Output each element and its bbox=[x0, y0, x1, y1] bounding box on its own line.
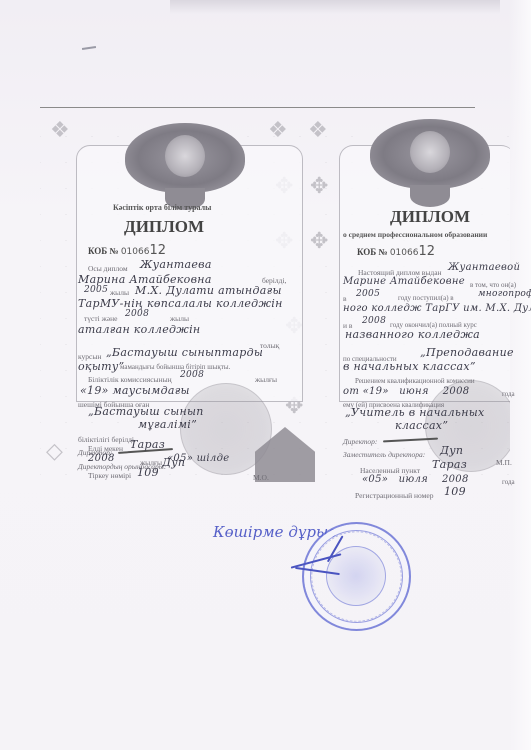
specialty-line1-ru: „Преподавание bbox=[420, 346, 514, 359]
issue-year-left: 2008 bbox=[88, 453, 115, 464]
page-edge bbox=[509, 0, 531, 750]
scan-speck bbox=[82, 46, 96, 50]
specialty-line2-ru: в начальных классах” bbox=[343, 360, 476, 373]
finish-year-ru: 2008 bbox=[362, 316, 386, 326]
label-deputy-ru: Заместитель директора: bbox=[343, 450, 425, 459]
specialty-line1: „Бастауыш сыныптарды bbox=[106, 346, 263, 359]
label-year-suffix: года bbox=[502, 390, 515, 398]
reg-number-left: 109 bbox=[137, 466, 159, 479]
label-entry: году поступил(а) в bbox=[398, 294, 454, 302]
label-seal: М.О. bbox=[253, 473, 269, 482]
right-number: КОБ № 0106612 bbox=[357, 244, 435, 259]
finish-year: 2008 bbox=[125, 309, 149, 319]
label-finish-year: жылы bbox=[170, 314, 189, 323]
entry-year: 2005 bbox=[84, 285, 108, 295]
top-rule bbox=[40, 107, 475, 108]
state-emblem-right bbox=[370, 119, 490, 189]
cross-ornament-icon: ✥ bbox=[310, 230, 328, 252]
state-emblem-left bbox=[125, 123, 245, 193]
left-subtitle: Кәсіптік орта білім туралы bbox=[113, 203, 211, 212]
qualification-line2-ru: классах” bbox=[395, 419, 448, 432]
label-in: в bbox=[343, 294, 347, 303]
label-city: Елді мекен bbox=[88, 444, 123, 453]
right-title: ДИПЛОМ bbox=[390, 207, 470, 227]
scanned-page: ❖ ❖ ❖ ✥ ✥ ✥ ✥ ✥ ✥ ◇ Кәсіптік орта білім … bbox=[0, 0, 531, 750]
left-title: ДИПЛОМ bbox=[124, 217, 204, 237]
college-word-ru: многопрофиль- bbox=[478, 289, 531, 299]
commission-year: 2008 bbox=[180, 370, 204, 380]
finish-line: аталған колледжін bbox=[78, 323, 200, 336]
entry-year-ru: 2005 bbox=[356, 289, 380, 299]
reg-number-right: 109 bbox=[444, 485, 466, 498]
ornament-icon: ❖ bbox=[308, 119, 328, 141]
label-year: жылы bbox=[110, 288, 129, 297]
finish-line-ru: названного колледжа bbox=[345, 328, 480, 341]
cross-ornament-icon: ✥ bbox=[310, 175, 328, 197]
qualification-line1-ru: „Учитель в начальных bbox=[345, 406, 485, 419]
label-director-ru: Директор: bbox=[343, 437, 377, 446]
label-finish: түсті және bbox=[84, 314, 117, 323]
college-line-ru: ного колледж ТарГУ им. М.Х. Дулати bbox=[343, 303, 531, 314]
holder-surname: Жуантаева bbox=[140, 258, 212, 271]
commission-date: «19» маусымдағы bbox=[80, 384, 190, 397]
qualification-line2: мұғалімі” bbox=[138, 418, 197, 431]
holder-given-names-ru: Марине Атайбековне bbox=[343, 276, 465, 287]
deputy-signature-ru: Дуп bbox=[440, 444, 463, 457]
label-issue-year-suffix: года bbox=[502, 478, 515, 486]
label-seal-ru: М.П. bbox=[496, 458, 512, 467]
right-subtitle: о среднем профессиональном образовании bbox=[343, 230, 487, 239]
label-reg-number-ru: Регистрационный номер bbox=[355, 491, 433, 500]
college-line2: ТарМУ-нің көпсалалы колледжін bbox=[78, 297, 283, 310]
specialty-line2: оқыту” bbox=[78, 360, 124, 373]
label-issued-to: Осы диплом bbox=[88, 264, 128, 273]
ornament-icon: ◇ bbox=[46, 440, 63, 462]
label-in-that: в том, что он(а) bbox=[470, 281, 516, 289]
issue-date-left: «05» шілде bbox=[167, 453, 229, 464]
commission-date-ru: от «19» июня 2008 bbox=[343, 386, 469, 397]
left-number: КОБ № 0106612 bbox=[88, 243, 166, 258]
city-right: Тараз bbox=[432, 458, 467, 471]
blue-seal-stamp bbox=[302, 522, 411, 631]
issue-date-right: «05» июля 2008 bbox=[362, 474, 469, 485]
holder-surname-ru: Жуантаевой bbox=[448, 262, 520, 273]
label-reg-number: Тіркеу нөмірі bbox=[88, 471, 131, 480]
scan-shadow bbox=[170, 0, 500, 14]
ornament-icon: ❖ bbox=[268, 119, 288, 141]
label-commission-ru: Решением квалификационной комиссии bbox=[355, 377, 475, 385]
college-line1: М.Х. Дулати атындағы bbox=[135, 284, 282, 297]
ornament-icon: ❖ bbox=[50, 119, 70, 141]
city-left: Тараз bbox=[130, 438, 165, 451]
label-commission-year: жылғы bbox=[255, 375, 277, 384]
label-qualification-suffix: біліктілігі берілді. bbox=[78, 435, 136, 444]
qualification-line1: „Бастауыш сынып bbox=[88, 405, 204, 418]
emblem-base-right bbox=[410, 185, 450, 207]
label-specialty-suffix: мамандығы бойынша бітіріп шықты. bbox=[120, 363, 230, 371]
label-commission: Біліктілік комиссиясының bbox=[88, 375, 172, 384]
